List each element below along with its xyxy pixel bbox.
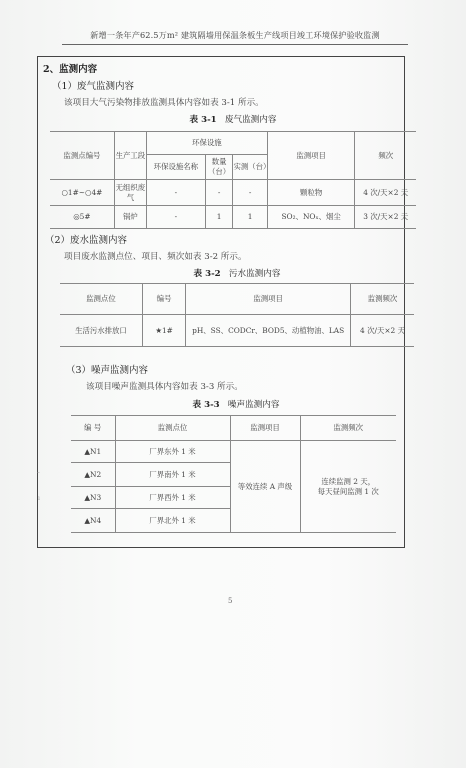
frequency-line-1: 连续监测 2 天， bbox=[301, 477, 397, 487]
table-row: ○1#~○4# 无组织废气 - - - 颗粒物 4 次/天×2 天 bbox=[50, 180, 416, 206]
cell-items: 等效连续 A 声级 bbox=[230, 441, 300, 533]
table-3-1-caption: 表 3-1 废气监测内容 bbox=[50, 113, 416, 125]
cell-frequency: 4 次/天×2 天 bbox=[351, 315, 414, 347]
noise-table: 编 号 监测点位 监测项目 监测频次 ▲N1 厂界东外 1 米 等效连续 A 声… bbox=[71, 415, 396, 533]
col-items: 监测项目 bbox=[267, 132, 355, 180]
document-page: 新增一条年产62.5万m² 建筑隔墙用保温条板生产线项目竣工环境保护验收监测 2… bbox=[0, 0, 466, 768]
cell-location: 生活污水排放口 bbox=[60, 315, 142, 347]
cell-id: ▲N1 bbox=[71, 441, 115, 463]
waste-water-table: 监测点位 编号 监测项目 监测频次 生活污水排放口 ★1# pH、SS、CODC… bbox=[60, 283, 414, 347]
cell-frequency: 连续监测 2 天， 每天昼间监测 1 次 bbox=[300, 441, 396, 533]
table-3-2-caption: 表 3-2 污水监测内容 bbox=[60, 267, 414, 279]
cell-point: ◎5# bbox=[50, 206, 114, 229]
col-frequency: 频次 bbox=[355, 132, 416, 180]
cell-frequency: 4 次/天×2 天 bbox=[355, 180, 416, 206]
waste-gas-heading: （1）废气监测内容 bbox=[52, 78, 134, 92]
cell-id: ▲N4 bbox=[71, 509, 115, 533]
cell-quantity: - bbox=[205, 180, 233, 206]
col-process: 生产工段 bbox=[114, 132, 146, 180]
cell-frequency: 3 次/天×2 天 bbox=[355, 206, 416, 229]
table-3-3-caption: 表 3-3 噪声监测内容 bbox=[40, 398, 432, 410]
waste-gas-table: 监测点编号 生产工段 环保设施 监测项目 频次 环保设施名称 数量（台） 实测（… bbox=[50, 131, 416, 229]
caption-number: 表 3-1 bbox=[190, 115, 217, 125]
header-text: 新增一条年产62.5万m² 建筑隔墙用保温条板生产线项目竣工环境保护验收监测 bbox=[90, 30, 380, 40]
col-location: 监测点位 bbox=[115, 416, 230, 441]
cell-process: 无组织废气 bbox=[114, 180, 146, 206]
col-location: 监测点位 bbox=[60, 284, 142, 315]
col-facility-group: 环保设施 bbox=[146, 132, 267, 155]
waste-water-intro: 项目废水监测点位、项目、频次如表 3-2 所示。 bbox=[64, 250, 247, 262]
frequency-line-2: 每天昼间监测 1 次 bbox=[301, 487, 397, 497]
cell-id: ▲N3 bbox=[71, 487, 115, 509]
col-frequency: 监测频次 bbox=[351, 284, 414, 315]
col-items: 监测项目 bbox=[186, 284, 351, 315]
cell-facility-name: - bbox=[146, 180, 205, 206]
scan-speck: ı bbox=[38, 495, 40, 502]
cell-id: ▲N2 bbox=[71, 463, 115, 487]
section-title: 2、监测内容 bbox=[43, 61, 97, 75]
scan-speck: ˜ bbox=[37, 472, 40, 479]
cell-measured: 1 bbox=[233, 206, 267, 229]
table-row: 生活污水排放口 ★1# pH、SS、CODCr、BOD5、动植物油、LAS 4 … bbox=[60, 315, 414, 347]
cell-items: pH、SS、CODCr、BOD5、动植物油、LAS bbox=[186, 315, 351, 347]
caption-title: 污水监测内容 bbox=[229, 269, 281, 279]
waste-water-heading: （2）废水监测内容 bbox=[45, 232, 127, 246]
col-point: 监测点编号 bbox=[50, 132, 114, 180]
col-items: 监测项目 bbox=[230, 416, 300, 441]
table-row: ▲N1 厂界东外 1 米 等效连续 A 声级 连续监测 2 天， 每天昼间监测 … bbox=[71, 441, 396, 463]
cell-location: 厂界北外 1 米 bbox=[115, 509, 230, 533]
cell-location: 厂界西外 1 米 bbox=[115, 487, 230, 509]
caption-title: 废气监测内容 bbox=[225, 115, 277, 125]
cell-facility-name: - bbox=[146, 206, 205, 229]
cell-items: SO₂、NOₓ、烟尘 bbox=[267, 206, 355, 229]
col-id: 编 号 bbox=[71, 416, 115, 441]
noise-heading: （3）噪声监测内容 bbox=[66, 362, 148, 376]
waste-gas-intro: 该项目大气污染物排放监测具体内容如表 3-1 所示。 bbox=[64, 96, 264, 108]
col-measured: 实测（台） bbox=[233, 155, 267, 180]
cell-items: 颗粒物 bbox=[267, 180, 355, 206]
col-id: 编号 bbox=[142, 284, 185, 315]
caption-title: 噪声监测内容 bbox=[228, 400, 280, 410]
cell-quantity: 1 bbox=[205, 206, 233, 229]
cell-measured: - bbox=[233, 180, 267, 206]
col-facility-name: 环保设施名称 bbox=[146, 155, 205, 180]
col-quantity: 数量（台） bbox=[205, 155, 233, 180]
table-row: ◎5# 锅炉 - 1 1 SO₂、NOₓ、烟尘 3 次/天×2 天 bbox=[50, 206, 416, 229]
cell-location: 厂界东外 1 米 bbox=[115, 441, 230, 463]
cell-location: 厂界南外 1 米 bbox=[115, 463, 230, 487]
page-number: 5 bbox=[228, 597, 232, 605]
noise-intro: 该项目噪声监测具体内容如表 3-3 所示。 bbox=[86, 380, 243, 392]
cell-process: 锅炉 bbox=[114, 206, 146, 229]
col-frequency: 监测频次 bbox=[300, 416, 396, 441]
caption-number: 表 3-2 bbox=[194, 269, 221, 279]
caption-number: 表 3-3 bbox=[193, 400, 220, 410]
running-header: 新增一条年产62.5万m² 建筑隔墙用保温条板生产线项目竣工环境保护验收监测 bbox=[62, 30, 408, 41]
header-rule bbox=[62, 44, 408, 45]
cell-point: ○1#~○4# bbox=[50, 180, 114, 206]
cell-id: ★1# bbox=[142, 315, 185, 347]
